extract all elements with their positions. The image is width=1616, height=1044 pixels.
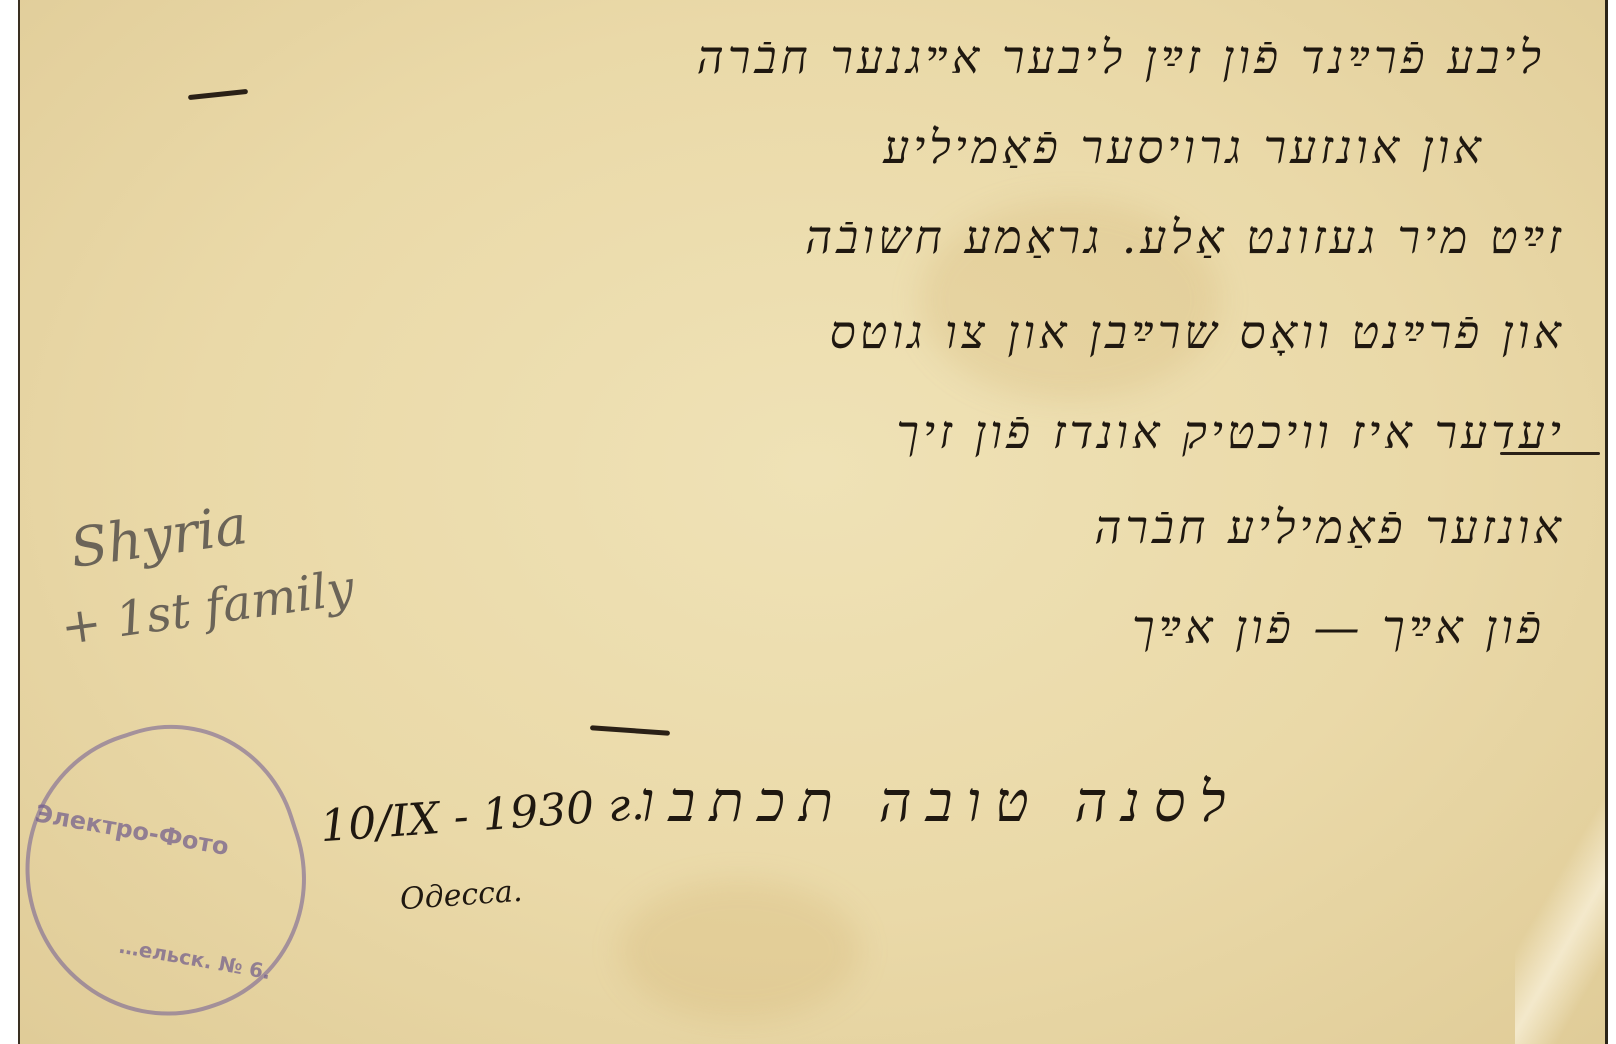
handwritten-line-4: און פֿרײַנט וואָס שרײַבן און צו גוטס <box>830 305 1565 359</box>
underline-mark <box>1500 452 1600 455</box>
handwritten-line-2: און אונזער גרויסער פֿאַמיליע <box>883 120 1485 174</box>
underline-mark <box>590 725 670 736</box>
stamp-bottom-text: …ельск. № 6. <box>117 934 272 984</box>
pencil-annotation-name: Shyria <box>66 493 251 580</box>
postcard: ליבע פֿרײַנד פֿון זײַן ליבער אײגנער חבֿר… <box>18 0 1608 1044</box>
handwritten-line-3: זײַט מיר געזונט אַלע. גראַמע חשובֿה <box>805 210 1565 264</box>
letter-date: 10/IX - 1930 г. <box>319 779 646 853</box>
studio-stamp: Электро-Фото …ельск. № 6. <box>18 692 342 1044</box>
handwritten-line-7: פֿון אײַך — פֿון אײַך <box>1132 600 1545 654</box>
handwritten-line-5: יעדער איז וויכטיק אונדז פֿון זיך <box>896 405 1565 459</box>
handwritten-line-1: ליבע פֿרײַנד פֿון זײַן ליבער אײגנער חבֿר… <box>697 30 1545 84</box>
corner-crease <box>1515 784 1605 1044</box>
handwritten-line-6: אונזער פֿאַמיליע חבֿרה <box>1094 500 1565 554</box>
paper-stain <box>620 880 860 1020</box>
stamp-top-text: Электро-Фото <box>33 799 231 861</box>
closing-greeting: לסנה טובה תכתבו <box>640 770 1240 835</box>
letter-city: Одесса. <box>399 874 524 917</box>
underline-mark <box>188 89 248 100</box>
